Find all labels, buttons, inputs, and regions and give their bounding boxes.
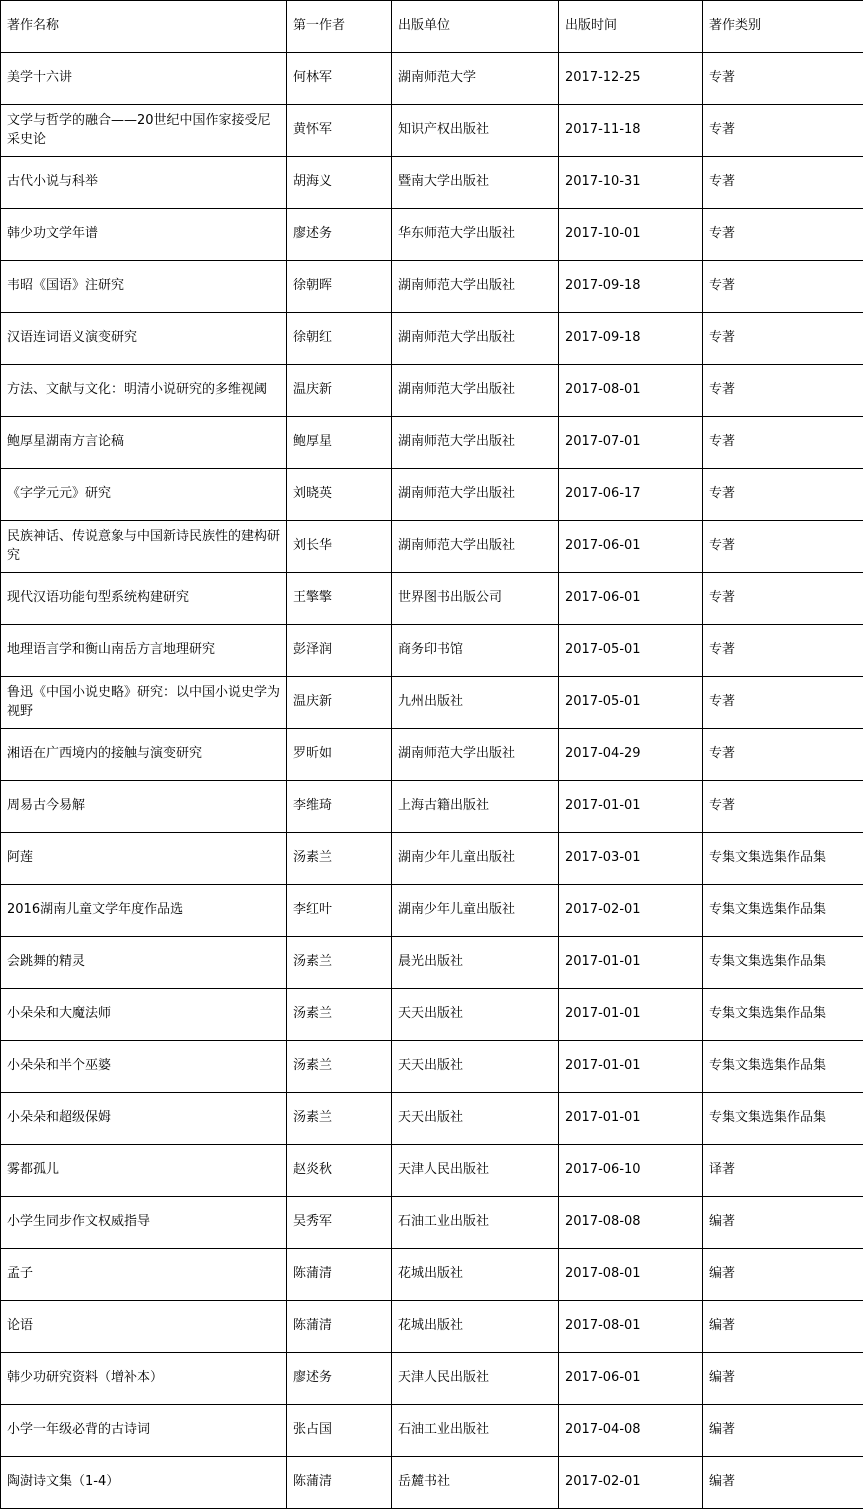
cell-title: 汉语连词语义演变研究 — [1, 313, 287, 365]
table-row: 湘语在广西境内的接触与演变研究罗昕如湖南师范大学出版社2017-04-29专著 — [1, 729, 863, 781]
cell-category: 编著 — [703, 1405, 863, 1457]
table-row: 方法、文献与文化：明清小说研究的多维视阈温庆新湖南师范大学出版社2017-08-… — [1, 365, 863, 417]
cell-publisher: 暨南大学出版社 — [392, 157, 559, 209]
table-row: 会跳舞的精灵汤素兰晨光出版社2017-01-01专集文集选集作品集 — [1, 937, 863, 989]
cell-publisher: 湖南少年儿童出版社 — [392, 885, 559, 937]
cell-title: 小朵朵和大魔法师 — [1, 989, 287, 1041]
cell-publisher: 湖南少年儿童出版社 — [392, 833, 559, 885]
cell-date: 2017-01-01 — [559, 1093, 703, 1145]
cell-publisher: 湖南师范大学出版社 — [392, 261, 559, 313]
cell-date: 2017-08-08 — [559, 1197, 703, 1249]
cell-publisher: 花城出版社 — [392, 1249, 559, 1301]
cell-category: 编著 — [703, 1457, 863, 1509]
cell-category: 专集文集选集作品集 — [703, 989, 863, 1041]
table-row: 鲍厚星湖南方言论稿鲍厚星湖南师范大学出版社2017-07-01专著 — [1, 417, 863, 469]
cell-date: 2017-05-01 — [559, 625, 703, 677]
cell-publisher: 世界图书出版公司 — [392, 573, 559, 625]
table-row: 汉语连词语义演变研究徐朝红湖南师范大学出版社2017-09-18专著 — [1, 313, 863, 365]
cell-category: 专著 — [703, 157, 863, 209]
cell-author: 汤素兰 — [287, 989, 392, 1041]
table-row: 周易古今易解李维琦上海古籍出版社2017-01-01专著 — [1, 781, 863, 833]
cell-author: 徐朝晖 — [287, 261, 392, 313]
cell-category: 编著 — [703, 1301, 863, 1353]
cell-title: 会跳舞的精灵 — [1, 937, 287, 989]
cell-date: 2017-04-08 — [559, 1405, 703, 1457]
page: 著作名称 第一作者 出版单位 出版时间 著作类别 美学十六讲何林军湖南师范大学2… — [0, 0, 863, 1509]
cell-category: 专集文集选集作品集 — [703, 1093, 863, 1145]
cell-date: 2017-01-01 — [559, 989, 703, 1041]
table-row: 小学生同步作文权威指导吴秀军石油工业出版社2017-08-08编著 — [1, 1197, 863, 1249]
cell-author: 黄怀军 — [287, 105, 392, 157]
cell-title: 鲍厚星湖南方言论稿 — [1, 417, 287, 469]
cell-author: 何林军 — [287, 53, 392, 105]
cell-date: 2017-02-01 — [559, 885, 703, 937]
cell-category: 专著 — [703, 729, 863, 781]
cell-title: 现代汉语功能句型系统构建研究 — [1, 573, 287, 625]
cell-category: 专著 — [703, 313, 863, 365]
cell-author: 刘长华 — [287, 521, 392, 573]
cell-publisher: 天天出版社 — [392, 1041, 559, 1093]
cell-date: 2017-01-01 — [559, 781, 703, 833]
cell-author: 鲍厚星 — [287, 417, 392, 469]
cell-category: 编著 — [703, 1249, 863, 1301]
cell-date: 2017-10-01 — [559, 209, 703, 261]
cell-author: 陈蒲清 — [287, 1301, 392, 1353]
cell-author: 廖述务 — [287, 1353, 392, 1405]
cell-category: 专著 — [703, 261, 863, 313]
cell-author: 李维琦 — [287, 781, 392, 833]
table-row: 《字学元元》研究刘晓英湖南师范大学出版社2017-06-17专著 — [1, 469, 863, 521]
cell-date: 2017-06-17 — [559, 469, 703, 521]
cell-date: 2017-08-01 — [559, 365, 703, 417]
cell-category: 专著 — [703, 365, 863, 417]
table-row: 小朵朵和大魔法师汤素兰天天出版社2017-01-01专集文集选集作品集 — [1, 989, 863, 1041]
cell-category: 专著 — [703, 781, 863, 833]
table-row: 鲁迅《中国小说史略》研究：以中国小说史学为视野温庆新九州出版社2017-05-0… — [1, 677, 863, 729]
cell-author: 彭泽润 — [287, 625, 392, 677]
cell-author: 陈蒲清 — [287, 1249, 392, 1301]
cell-title: 美学十六讲 — [1, 53, 287, 105]
cell-publisher: 天天出版社 — [392, 1093, 559, 1145]
cell-date: 2017-06-01 — [559, 1353, 703, 1405]
cell-date: 2017-06-01 — [559, 573, 703, 625]
table-row: 雾都孤儿赵炎秋天津人民出版社2017-06-10译著 — [1, 1145, 863, 1197]
cell-publisher: 知识产权出版社 — [392, 105, 559, 157]
table-row: 2016湖南儿童文学年度作品选李红叶湖南少年儿童出版社2017-02-01专集文… — [1, 885, 863, 937]
column-header-title: 著作名称 — [1, 1, 287, 53]
cell-category: 专著 — [703, 625, 863, 677]
cell-author: 李红叶 — [287, 885, 392, 937]
cell-title: 《字学元元》研究 — [1, 469, 287, 521]
cell-date: 2017-06-01 — [559, 521, 703, 573]
cell-title: 孟子 — [1, 1249, 287, 1301]
cell-author: 刘晓英 — [287, 469, 392, 521]
cell-date: 2017-10-31 — [559, 157, 703, 209]
cell-publisher: 天津人民出版社 — [392, 1145, 559, 1197]
column-header-category: 著作类别 — [703, 1, 863, 53]
cell-date: 2017-04-29 — [559, 729, 703, 781]
cell-author: 张占国 — [287, 1405, 392, 1457]
cell-author: 汤素兰 — [287, 937, 392, 989]
cell-publisher: 商务印书馆 — [392, 625, 559, 677]
cell-title: 民族神话、传说意象与中国新诗民族性的建构研究 — [1, 521, 287, 573]
cell-category: 专著 — [703, 209, 863, 261]
cell-publisher: 天津人民出版社 — [392, 1353, 559, 1405]
table-row: 韩少功文学年谱廖述务华东师范大学出版社2017-10-01专著 — [1, 209, 863, 261]
table-row: 陶澍诗文集（1-4）陈蒲清岳麓书社2017-02-01编著 — [1, 1457, 863, 1509]
cell-category: 译著 — [703, 1145, 863, 1197]
cell-category: 专著 — [703, 469, 863, 521]
cell-title: 地理语言学和衡山南岳方言地理研究 — [1, 625, 287, 677]
cell-publisher: 湖南师范大学出版社 — [392, 469, 559, 521]
cell-category: 专著 — [703, 677, 863, 729]
cell-title: 文学与哲学的融合——20世纪中国作家接受尼采史论 — [1, 105, 287, 157]
table-row: 阿莲汤素兰湖南少年儿童出版社2017-03-01专集文集选集作品集 — [1, 833, 863, 885]
works-table: 著作名称 第一作者 出版单位 出版时间 著作类别 美学十六讲何林军湖南师范大学2… — [0, 0, 863, 1509]
table-row: 孟子陈蒲清花城出版社2017-08-01编著 — [1, 1249, 863, 1301]
table-row: 美学十六讲何林军湖南师范大学2017-12-25专著 — [1, 53, 863, 105]
cell-date: 2017-08-01 — [559, 1301, 703, 1353]
table-row: 现代汉语功能句型系统构建研究王擎擎世界图书出版公司2017-06-01专著 — [1, 573, 863, 625]
column-header-date: 出版时间 — [559, 1, 703, 53]
table-row: 韩少功研究资料（增补本）廖述务天津人民出版社2017-06-01编著 — [1, 1353, 863, 1405]
table-row: 文学与哲学的融合——20世纪中国作家接受尼采史论黄怀军知识产权出版社2017-1… — [1, 105, 863, 157]
cell-date: 2017-01-01 — [559, 1041, 703, 1093]
cell-publisher: 九州出版社 — [392, 677, 559, 729]
cell-author: 罗昕如 — [287, 729, 392, 781]
cell-date: 2017-02-01 — [559, 1457, 703, 1509]
cell-title: 方法、文献与文化：明清小说研究的多维视阈 — [1, 365, 287, 417]
cell-title: 小朵朵和半个巫婆 — [1, 1041, 287, 1093]
cell-publisher: 湖南师范大学出版社 — [392, 729, 559, 781]
cell-author: 温庆新 — [287, 365, 392, 417]
cell-category: 专著 — [703, 417, 863, 469]
cell-title: 阿莲 — [1, 833, 287, 885]
cell-date: 2017-09-18 — [559, 261, 703, 313]
table-row: 韦昭《国语》注研究徐朝晖湖南师范大学出版社2017-09-18专著 — [1, 261, 863, 313]
cell-category: 专集文集选集作品集 — [703, 937, 863, 989]
cell-publisher: 湖南师范大学出版社 — [392, 417, 559, 469]
cell-date: 2017-08-01 — [559, 1249, 703, 1301]
cell-author: 汤素兰 — [287, 833, 392, 885]
cell-publisher: 天天出版社 — [392, 989, 559, 1041]
cell-title: 古代小说与科举 — [1, 157, 287, 209]
cell-category: 编著 — [703, 1353, 863, 1405]
cell-date: 2017-05-01 — [559, 677, 703, 729]
column-header-author: 第一作者 — [287, 1, 392, 53]
cell-publisher: 岳麓书社 — [392, 1457, 559, 1509]
cell-date: 2017-06-10 — [559, 1145, 703, 1197]
cell-title: 韩少功研究资料（增补本） — [1, 1353, 287, 1405]
cell-title: 论语 — [1, 1301, 287, 1353]
cell-title: 韦昭《国语》注研究 — [1, 261, 287, 313]
cell-date: 2017-12-25 — [559, 53, 703, 105]
cell-title: 韩少功文学年谱 — [1, 209, 287, 261]
cell-author: 徐朝红 — [287, 313, 392, 365]
table-row: 地理语言学和衡山南岳方言地理研究彭泽润商务印书馆2017-05-01专著 — [1, 625, 863, 677]
cell-author: 吴秀军 — [287, 1197, 392, 1249]
cell-title: 湘语在广西境内的接触与演变研究 — [1, 729, 287, 781]
column-header-publisher: 出版单位 — [392, 1, 559, 53]
cell-category: 专集文集选集作品集 — [703, 833, 863, 885]
cell-publisher: 石油工业出版社 — [392, 1197, 559, 1249]
cell-title: 雾都孤儿 — [1, 1145, 287, 1197]
cell-publisher: 湖南师范大学出版社 — [392, 365, 559, 417]
cell-author: 胡海义 — [287, 157, 392, 209]
cell-title: 周易古今易解 — [1, 781, 287, 833]
cell-author: 王擎擎 — [287, 573, 392, 625]
cell-category: 专集文集选集作品集 — [703, 885, 863, 937]
table-row: 论语陈蒲清花城出版社2017-08-01编著 — [1, 1301, 863, 1353]
cell-author: 廖述务 — [287, 209, 392, 261]
header-row: 著作名称 第一作者 出版单位 出版时间 著作类别 — [1, 1, 863, 53]
cell-date: 2017-11-18 — [559, 105, 703, 157]
cell-publisher: 晨光出版社 — [392, 937, 559, 989]
cell-publisher: 华东师范大学出版社 — [392, 209, 559, 261]
cell-publisher: 湖南师范大学 — [392, 53, 559, 105]
cell-title: 小学生同步作文权威指导 — [1, 1197, 287, 1249]
table-header: 著作名称 第一作者 出版单位 出版时间 著作类别 — [1, 1, 863, 53]
cell-publisher: 石油工业出版社 — [392, 1405, 559, 1457]
cell-date: 2017-03-01 — [559, 833, 703, 885]
cell-category: 专著 — [703, 53, 863, 105]
cell-date: 2017-01-01 — [559, 937, 703, 989]
cell-publisher: 湖南师范大学出版社 — [392, 313, 559, 365]
cell-author: 汤素兰 — [287, 1093, 392, 1145]
cell-category: 专著 — [703, 105, 863, 157]
cell-author: 赵炎秋 — [287, 1145, 392, 1197]
cell-date: 2017-09-18 — [559, 313, 703, 365]
cell-date: 2017-07-01 — [559, 417, 703, 469]
cell-title: 鲁迅《中国小说史略》研究：以中国小说史学为视野 — [1, 677, 287, 729]
cell-category: 编著 — [703, 1197, 863, 1249]
cell-publisher: 湖南师范大学出版社 — [392, 521, 559, 573]
table-row: 小朵朵和超级保姆汤素兰天天出版社2017-01-01专集文集选集作品集 — [1, 1093, 863, 1145]
cell-title: 2016湖南儿童文学年度作品选 — [1, 885, 287, 937]
cell-category: 专集文集选集作品集 — [703, 1041, 863, 1093]
cell-publisher: 上海古籍出版社 — [392, 781, 559, 833]
cell-category: 专著 — [703, 573, 863, 625]
table-row: 民族神话、传说意象与中国新诗民族性的建构研究刘长华湖南师范大学出版社2017-0… — [1, 521, 863, 573]
cell-title: 陶澍诗文集（1-4） — [1, 1457, 287, 1509]
cell-title: 小朵朵和超级保姆 — [1, 1093, 287, 1145]
table-row: 古代小说与科举胡海义暨南大学出版社2017-10-31专著 — [1, 157, 863, 209]
cell-author: 陈蒲清 — [287, 1457, 392, 1509]
cell-publisher: 花城出版社 — [392, 1301, 559, 1353]
cell-title: 小学一年级必背的古诗词 — [1, 1405, 287, 1457]
cell-author: 温庆新 — [287, 677, 392, 729]
table-row: 小朵朵和半个巫婆汤素兰天天出版社2017-01-01专集文集选集作品集 — [1, 1041, 863, 1093]
cell-author: 汤素兰 — [287, 1041, 392, 1093]
table-body: 美学十六讲何林军湖南师范大学2017-12-25专著文学与哲学的融合——20世纪… — [1, 53, 863, 1509]
table-row: 小学一年级必背的古诗词张占国石油工业出版社2017-04-08编著 — [1, 1405, 863, 1457]
cell-category: 专著 — [703, 521, 863, 573]
